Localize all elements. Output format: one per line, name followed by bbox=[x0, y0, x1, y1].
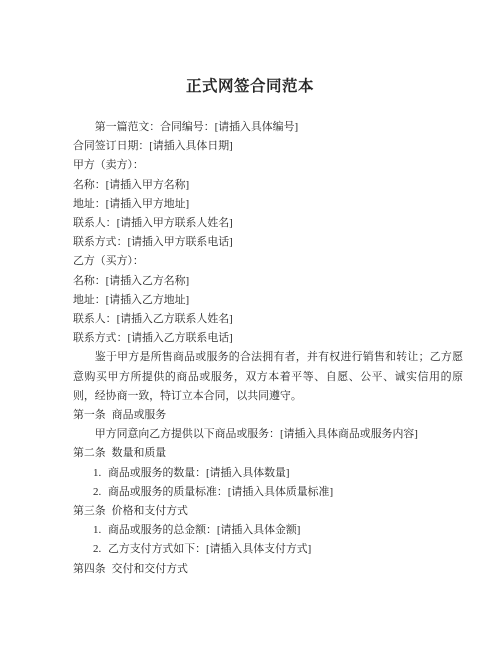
document-title: 正式网签合同范本 bbox=[0, 76, 500, 98]
section-title: 商品或服务 bbox=[112, 409, 166, 421]
section-heading: 第四条交付和交付方式 bbox=[73, 560, 463, 579]
section-number: 第一条 bbox=[73, 409, 106, 421]
section-title: 数量和质量 bbox=[112, 447, 166, 459]
section-heading: 第一条商品或服务 bbox=[73, 406, 463, 425]
paragraph-line: 联系人：[请插入乙方联系人姓名] bbox=[73, 310, 463, 329]
paragraph-line: 第一篇范文：合同编号：[请插入具体编号] bbox=[73, 118, 463, 137]
section-heading: 第三条价格和支付方式 bbox=[73, 502, 463, 521]
list-item: 1.商品或服务的数量：[请插入具体数量] bbox=[73, 464, 463, 483]
list-text: 商品或服务的数量：[请插入具体数量] bbox=[108, 467, 290, 479]
paragraph-line: 甲方（卖方）： bbox=[73, 156, 463, 175]
paragraph-line: 甲方同意向乙方提供以下商品或服务：[请插入具体商品或服务内容] bbox=[73, 425, 463, 444]
list-number: 1. bbox=[93, 521, 102, 540]
list-text: 商品或服务的质量标准：[请插入具体质量标准] bbox=[108, 486, 333, 498]
section-title: 交付和交付方式 bbox=[112, 563, 188, 575]
list-text: 乙方支付方式如下：[请插入具体支付方式] bbox=[108, 543, 311, 555]
document-body: 第一篇范文：合同编号：[请插入具体编号]合同签订日期：[请插入具体日期]甲方（卖… bbox=[0, 118, 500, 579]
paragraph-line: 联系人：[请插入甲方联系人姓名] bbox=[73, 214, 463, 233]
section-heading: 第二条数量和质量 bbox=[73, 444, 463, 463]
paragraph-line: 联系方式：[请插入乙方联系电话] bbox=[73, 329, 463, 348]
paragraph-line: 乙方（买方）： bbox=[73, 252, 463, 271]
list-item: 2.商品或服务的质量标准：[请插入具体质量标准] bbox=[73, 483, 463, 502]
list-number: 1. bbox=[93, 464, 102, 483]
list-text: 商品或服务的总金额：[请插入具体金额] bbox=[108, 524, 300, 536]
section-number: 第四条 bbox=[73, 563, 106, 575]
list-item: 1.商品或服务的总金额：[请插入具体金额] bbox=[73, 521, 463, 540]
paragraph-line: 名称：[请插入甲方名称] bbox=[73, 176, 463, 195]
list-number: 2. bbox=[93, 540, 102, 559]
section-title: 价格和支付方式 bbox=[112, 505, 188, 517]
paragraph-line: 鉴于甲方是所售商品或服务的合法拥有者，并有权进行销售和转让；乙方愿意购买甲方所提… bbox=[73, 348, 463, 406]
list-item: 2.乙方支付方式如下：[请插入具体支付方式] bbox=[73, 540, 463, 559]
section-number: 第三条 bbox=[73, 505, 106, 517]
section-number: 第二条 bbox=[73, 447, 106, 459]
list-number: 2. bbox=[93, 483, 102, 502]
paragraph-line: 联系方式：[请插入甲方联系电话] bbox=[73, 233, 463, 252]
paragraph-line: 地址：[请插入乙方地址] bbox=[73, 291, 463, 310]
paragraph-line: 合同签订日期：[请插入具体日期] bbox=[73, 137, 463, 156]
document-page: 正式网签合同范本 第一篇范文：合同编号：[请插入具体编号]合同签订日期：[请插入… bbox=[0, 0, 500, 647]
paragraph-line: 名称：[请插入乙方名称] bbox=[73, 272, 463, 291]
paragraph-line: 地址：[请插入甲方地址] bbox=[73, 195, 463, 214]
